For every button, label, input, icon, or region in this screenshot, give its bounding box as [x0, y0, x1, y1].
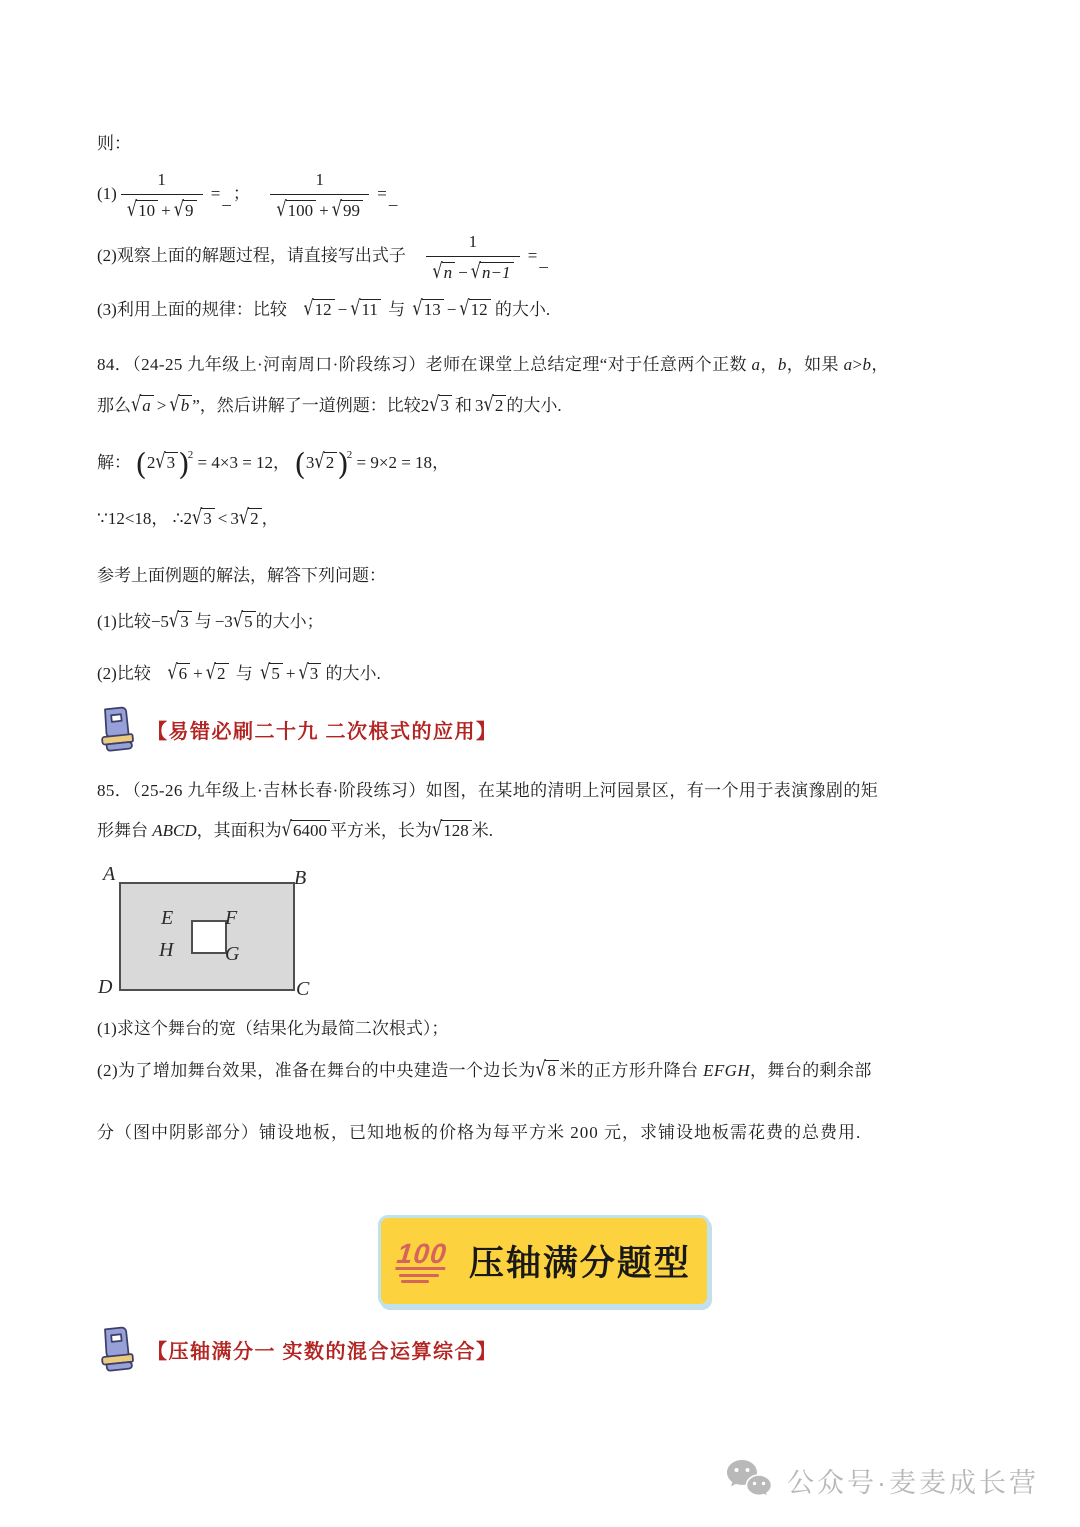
coefficient: 2	[183, 509, 192, 528]
sec1-item3-line: (3)利用上面的规律：比较 √12−√11 与 √13−√12 的大小.	[97, 297, 550, 323]
sqrt-expression: √12	[459, 299, 490, 320]
item-label: (2)	[97, 246, 117, 265]
coefficient: 3	[230, 509, 239, 528]
greater-than: >	[853, 355, 863, 374]
q84-line2: 那么√a>√b”，然后讲解了一道例题：比较2√3和3√2的大小.	[97, 393, 562, 419]
sqrt-expression: √6400	[282, 820, 330, 841]
item-text: 的大小；	[256, 612, 324, 631]
radical-sign: √	[127, 198, 137, 221]
sec1-item2-line: (2)观察上面的解题过程，请直接写出式子 1√n−√n−1 =_	[97, 232, 550, 282]
therefore-sign: ∴	[173, 509, 184, 528]
denominator: √10+√9	[121, 194, 203, 221]
sqrt-expression: √2	[484, 395, 507, 416]
radical-sign: √	[131, 393, 141, 416]
plus-operator: +	[316, 201, 332, 220]
stage-figure: A B E F H G D C	[97, 864, 337, 1012]
exponent: 2	[347, 449, 353, 461]
numerator: 1	[313, 170, 326, 194]
sqrt-expression: √13	[412, 299, 443, 320]
item-label: (3)	[97, 300, 117, 319]
q84-reference-line: 参考上面例题的解法，解答下列问题：	[97, 563, 386, 589]
q85-item2-line1: (2)为了增加舞台效果，准备在舞台的中央建造一个边长为√8米的正方形升降台 EF…	[97, 1058, 872, 1084]
q85-item2-line2: 分（图中阴影部分）铺设地板，已知地板的价格为每平方米 200 元，求铺设地板需花…	[97, 1120, 861, 1146]
equals-sign: =	[528, 246, 538, 265]
sqrt-expression: √a	[131, 395, 154, 416]
radical-sign: √	[484, 393, 494, 416]
sqrt-expression: √3	[429, 395, 452, 416]
denominator: √100+√99	[270, 194, 369, 221]
heading-text: 【易错必刷二十九 二次根式的应用】	[147, 715, 498, 744]
hundred-points-icon: 100	[397, 1238, 447, 1284]
radical-sign: √	[167, 661, 177, 684]
lift-platform-square	[191, 920, 227, 954]
radical-sign: √	[459, 297, 469, 320]
q84-solution-line: 解： (2√3)2 = 4×3 = 12， (3√2)2 = 9×2 = 18，	[97, 447, 449, 476]
radical-sign: √	[233, 609, 243, 632]
equation-text: = 9×2 = 18	[357, 453, 433, 472]
fraction: 1√100+√99	[270, 170, 369, 220]
stage-rectangle	[119, 882, 295, 991]
sqrt-expression: √12	[303, 299, 334, 320]
less-than: <	[215, 509, 231, 528]
watermark-text: 公众号·麦麦成长营	[787, 1461, 1039, 1500]
equation-text: = 4×3 = 12	[198, 453, 274, 472]
item-label: (2)	[97, 664, 117, 683]
vertex-label-E: E	[161, 908, 173, 928]
item-text: (2)为了增加舞台效果，准备在舞台的中央建造一个边长为	[97, 1061, 536, 1080]
q84-line1: 84．（24-25 九年级上·河南周口·阶段练习）老师在课堂上总结定理“对于任意…	[97, 352, 889, 378]
vertex-label-H: H	[159, 940, 173, 960]
radical-sign: √	[350, 297, 360, 320]
coefficient: −3	[215, 612, 233, 631]
conjunction: 和	[452, 396, 475, 415]
minus-operator: −	[335, 300, 351, 319]
var-a: a	[844, 355, 853, 374]
numerator: 1	[155, 170, 168, 194]
problem-text: 那么	[97, 396, 131, 415]
sqrt-expression: √2	[206, 663, 229, 684]
worksheet-page: 则： (1)1√10+√9 =_； 1√100+√99 =_ (2)观察上面的解…	[0, 0, 1080, 1527]
denominator: √n−√n−1	[426, 256, 519, 283]
radical-sign: √	[260, 661, 270, 684]
radical-sign: √	[432, 260, 442, 283]
book-icon	[95, 1324, 140, 1374]
radical-sign: √	[206, 661, 216, 684]
q85-line1: 85．（25-26 九年级上·吉林长春·阶段练习）如图，在某地的清明上河园景区，…	[97, 778, 878, 804]
left-paren: (	[135, 448, 147, 483]
radical-sign: √	[169, 609, 179, 632]
problem-text: 85．（25-26 九年级上·吉林长春·阶段练习）如图，在某地的清明上河园景区，…	[97, 781, 878, 800]
item-text: 比较	[117, 612, 151, 631]
solution-label: 解：	[97, 453, 131, 472]
sqrt-expression: √9	[174, 200, 197, 221]
sqrt-expression: √99	[332, 200, 363, 221]
sec1-item1-line: (1)1√10+√9 =_； 1√100+√99 =_	[97, 170, 399, 220]
item-text: 利用上面的规律：比较	[117, 300, 287, 319]
section-heading-pinnacle: 【压轴满分一 实数的混合运算综合】	[97, 1326, 498, 1372]
conjunction: 与	[192, 612, 215, 631]
coefficient: 2	[147, 453, 156, 472]
banner-title: 压轴满分题型	[469, 1236, 691, 1286]
then-label: 则：	[97, 134, 131, 153]
q84-item2-line: (2)比较 √6+√2 与 √5+√3 的大小.	[97, 661, 381, 687]
radical-sign: √	[155, 450, 165, 473]
sqrt-expression: √128	[432, 820, 472, 841]
coefficient: 3	[306, 453, 315, 472]
conjunction: 与	[385, 300, 408, 319]
radical-sign: √	[282, 818, 292, 841]
vertex-label-A: A	[103, 864, 115, 884]
sqrt-expression: √5	[233, 611, 256, 632]
sqrt-expression: √5	[260, 663, 283, 684]
q84-deduction-line: ∵12<18， ∴2√3<3√2，	[97, 506, 279, 532]
radical-sign: √	[174, 198, 184, 221]
sqrt-expression: √11	[350, 299, 381, 320]
sqrt-expression: √3	[155, 452, 178, 473]
equals-sign: =	[211, 184, 221, 203]
conjunction: 与	[233, 664, 256, 683]
radical-sign: √	[303, 297, 313, 320]
book-icon	[95, 704, 140, 754]
problem-text: 的大小.	[506, 396, 561, 415]
vertex-label-B: B	[294, 868, 306, 888]
item-text: 的大小.	[495, 300, 550, 319]
problem-text: 84．（24-25 九年级上·河南周口·阶段练习）老师在课堂上总结定理“对于任意…	[97, 355, 752, 374]
intro-then-line: 则：	[97, 131, 131, 157]
q84-item1-line: (1)比较−5√3与−3√5的大小；	[97, 609, 324, 635]
item-text: 比较	[117, 664, 151, 683]
answer-blank: _	[222, 186, 231, 212]
greater-than: >	[154, 396, 170, 415]
coefficient: 3	[475, 396, 484, 415]
radical-sign: √	[412, 297, 422, 320]
radical-sign: √	[192, 506, 202, 529]
minus-operator: −	[444, 300, 460, 319]
exponent: 2	[188, 449, 194, 461]
watermark: 公众号·麦麦成长营	[725, 1458, 1039, 1502]
sqrt-expression: √6	[167, 663, 190, 684]
fraction: 1√10+√9	[121, 170, 203, 220]
square-name: EFGH	[703, 1061, 750, 1080]
sqrt-expression: √8	[536, 1060, 560, 1081]
sqrt-expression: √2	[314, 452, 337, 473]
item-text: (1)求这个舞台的宽（结果化为最简二次根式）；	[97, 1019, 448, 1038]
plus-operator: +	[190, 664, 206, 683]
separator: ；	[233, 184, 250, 203]
radical-sign: √	[239, 506, 249, 529]
minus-operator: −	[455, 263, 471, 282]
radical-sign: √	[276, 198, 286, 221]
because-clause: ∵12<18，	[97, 509, 168, 528]
item-label: (1)	[97, 184, 117, 203]
radical-sign: √	[169, 393, 179, 416]
score-section-banner: 100 压轴满分题型	[378, 1215, 710, 1307]
coefficient: −5	[151, 612, 169, 631]
sqrt-expression: √3	[169, 611, 192, 632]
radical-sign: √	[429, 393, 439, 416]
radical-sign: √	[298, 661, 308, 684]
problem-text: 形舞台	[97, 821, 152, 840]
plus-operator: +	[283, 664, 299, 683]
item-label: (1)	[97, 612, 117, 631]
radical-sign: √	[471, 260, 481, 283]
numerator: 1	[467, 232, 480, 256]
item-text: 观察上面的解题过程，请直接写出式子	[117, 246, 406, 265]
item-text: 的大小.	[325, 664, 380, 683]
sqrt-expression: √n	[432, 262, 455, 283]
plus-operator: +	[158, 201, 174, 220]
sqrt-expression: √3	[192, 508, 215, 529]
sqrt-expression: √3	[298, 663, 321, 684]
item-text: 分（图中阴影部分）铺设地板，已知地板的价格为每平方米 200 元，求铺设地板需花…	[97, 1123, 861, 1142]
sqrt-expression: √100	[276, 200, 316, 221]
fraction: 1√n−√n−1	[426, 232, 519, 282]
vertex-label-C: C	[296, 979, 309, 999]
reference-text: 参考上面例题的解法，解答下列问题：	[97, 566, 386, 585]
wechat-icon	[725, 1458, 773, 1502]
coefficient: 2	[421, 396, 430, 415]
problem-text: ，然后讲解了一道例题：比较	[200, 396, 421, 415]
heading-text: 【压轴满分一 实数的混合运算综合】	[147, 1335, 498, 1364]
q85-item1-line: (1)求这个舞台的宽（结果化为最简二次根式）；	[97, 1016, 448, 1042]
vertex-label-F: F	[225, 908, 237, 928]
vertex-label-G: G	[225, 944, 239, 964]
section-heading-error-drill: 【易错必刷二十九 二次根式的应用】	[97, 706, 498, 752]
answer-blank: _	[539, 248, 548, 274]
sqrt-expression: √2	[239, 508, 262, 529]
radical-sign: √	[332, 198, 342, 221]
equals-sign: =	[377, 184, 387, 203]
left-paren: (	[294, 448, 306, 483]
sqrt-expression: √10	[127, 200, 158, 221]
rect-name: ABCD	[152, 821, 196, 840]
var-b: b	[778, 355, 787, 374]
radical-sign: √	[314, 450, 324, 473]
answer-blank: _	[389, 186, 398, 212]
sqrt-expression: √n−1	[471, 262, 514, 283]
vertex-label-D: D	[98, 977, 112, 997]
radical-sign: √	[432, 818, 442, 841]
q85-line2: 形舞台 ABCD，其面积为√6400平方米，长为√128米.	[97, 818, 493, 844]
sqrt-expression: √b	[169, 395, 192, 416]
radical-sign: √	[536, 1058, 547, 1081]
close-quote: ”	[192, 396, 200, 415]
